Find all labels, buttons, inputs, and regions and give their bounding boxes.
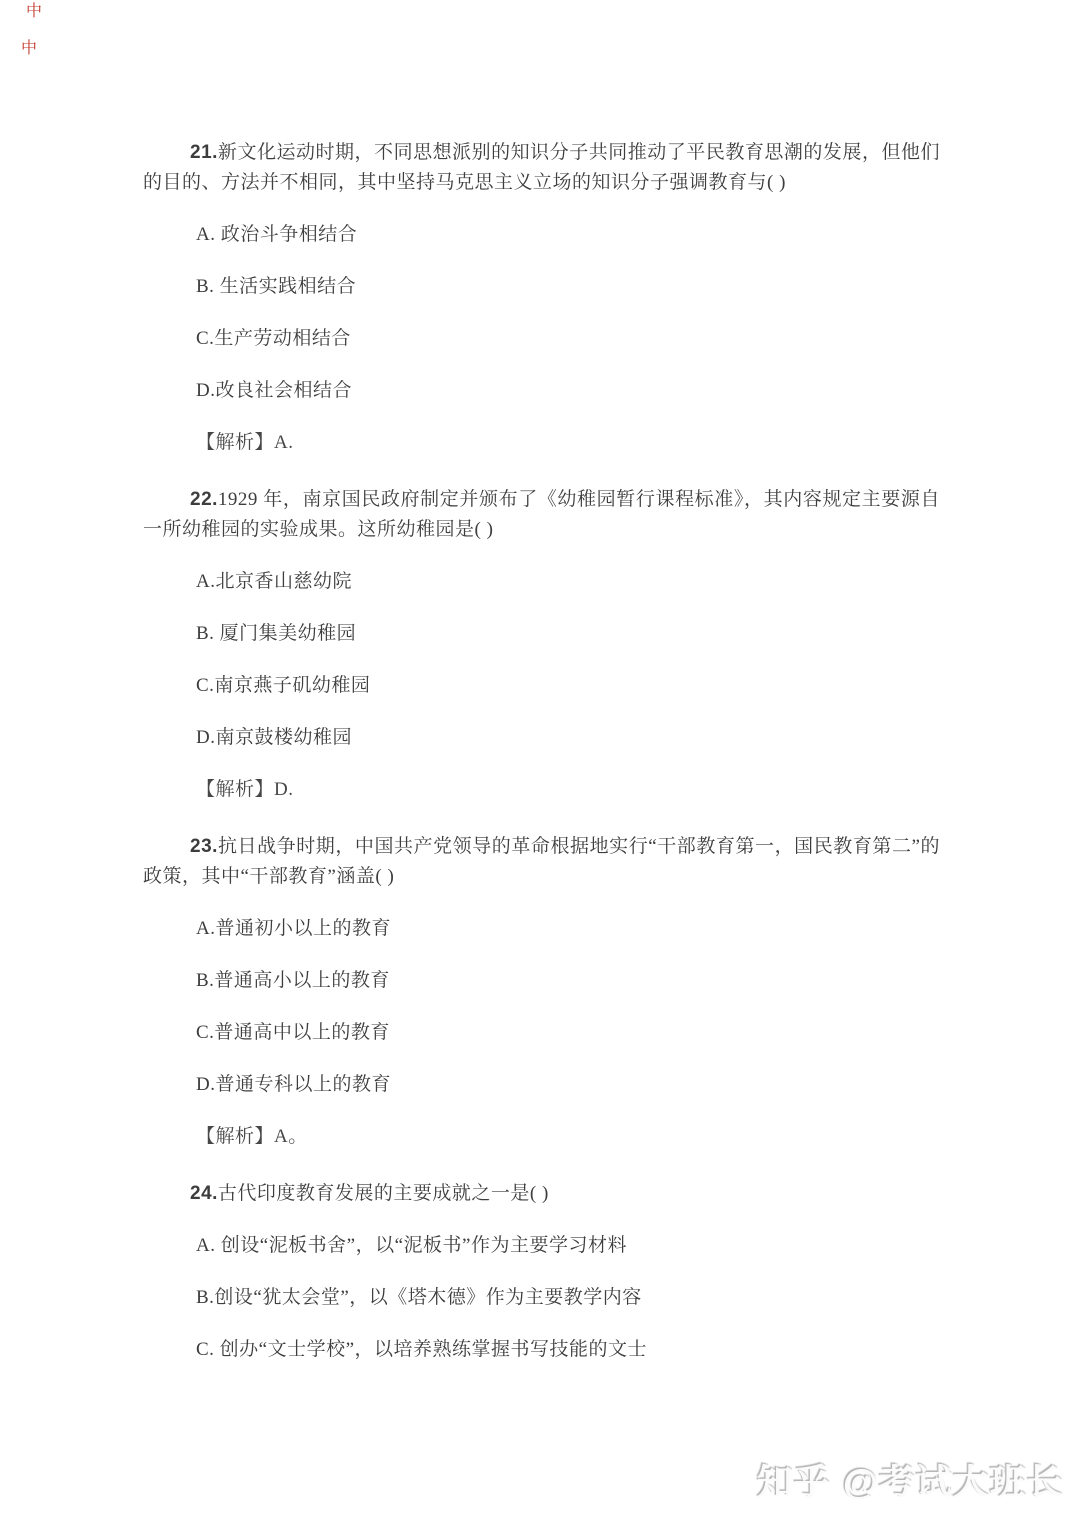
question-block-21: 21.新文化运动时期，不同思想派别的知识分子共同推动了平民教育思潮的发展，但他们…	[143, 138, 940, 458]
question-number: 21.	[190, 142, 218, 163]
question-number: 24.	[190, 1183, 218, 1204]
option-c: C.普通高中以上的教育	[196, 1018, 940, 1048]
question-text: 新文化运动时期，不同思想派别的知识分子共同推动了平民教育思潮的发展，但他们的目的…	[143, 142, 940, 193]
option-c: C. 创办“文士学校”，以培养熟练掌握书写技能的文士	[196, 1335, 940, 1365]
option-a: A. 创设“泥板书舍”，以“泥板书”作为主要学习材料	[196, 1231, 940, 1261]
question-stem: 23.抗日战争时期，中国共产党领导的革命根据地实行“干部教育第一，国民教育第二”…	[143, 832, 940, 892]
question-stem: 21.新文化运动时期，不同思想派别的知识分子共同推动了平民教育思潮的发展，但他们…	[143, 138, 940, 198]
zhihu-watermark: 知乎 @考试大班长	[757, 1455, 1064, 1505]
question-stem: 24.古代印度教育发展的主要成就之一是( )	[143, 1179, 940, 1209]
option-d: D.南京鼓楼幼稚园	[196, 723, 940, 753]
question-text: 1929 年，南京国民政府制定并颁布了《幼稚园暂行课程标准》，其内容规定主要源自…	[143, 489, 940, 540]
analysis-line: 【解析】A。	[196, 1122, 940, 1152]
question-block-23: 23.抗日战争时期，中国共产党领导的革命根据地实行“干部教育第一，国民教育第二”…	[143, 832, 940, 1152]
option-a: A. 政治斗争相结合	[196, 220, 940, 250]
question-number: 23.	[190, 836, 218, 857]
option-a: A.普通初小以上的教育	[196, 914, 940, 944]
option-b: B. 厦门集美幼稚园	[196, 619, 940, 649]
question-stem: 22.1929 年，南京国民政府制定并颁布了《幼稚园暂行课程标准》，其内容规定主…	[143, 485, 940, 545]
option-b: B. 生活实践相结合	[196, 272, 940, 302]
analysis-line: 【解析】A.	[196, 428, 940, 458]
option-c: C.生产劳动相结合	[196, 324, 940, 354]
option-b: B.创设“犹太会堂”，以《塔木德》作为主要教学内容	[196, 1283, 940, 1313]
analysis-line: 【解析】D.	[196, 775, 940, 805]
document-page: 21.新文化运动时期，不同思想派别的知识分子共同推动了平民教育思潮的发展，但他们…	[0, 0, 1080, 1365]
option-d: D.改良社会相结合	[196, 376, 940, 406]
question-block-24: 24.古代印度教育发展的主要成就之一是( ) A. 创设“泥板书舍”，以“泥板书…	[143, 1179, 940, 1365]
option-b: B.普通高小以上的教育	[196, 966, 940, 996]
option-d: D.普通专科以上的教育	[196, 1070, 940, 1100]
question-block-22: 22.1929 年，南京国民政府制定并颁布了《幼稚园暂行课程标准》，其内容规定主…	[143, 485, 940, 805]
question-number: 22.	[190, 489, 218, 510]
question-text: 古代印度教育发展的主要成就之一是( )	[218, 1183, 549, 1204]
option-c: C.南京燕子矶幼稚园	[196, 671, 940, 701]
option-a: A.北京香山慈幼院	[196, 567, 940, 597]
question-text: 抗日战争时期，中国共产党领导的革命根据地实行“干部教育第一，国民教育第二”的政策…	[143, 836, 940, 887]
